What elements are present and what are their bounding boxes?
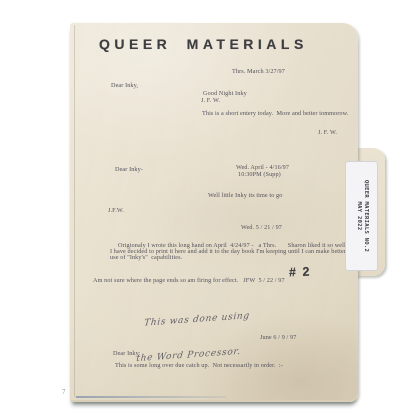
entry3-date: Wed. 5 / 21 / 97 (241, 225, 282, 232)
entry3-body-line3: use of "Inky's" capabilities. (110, 255, 182, 262)
handwritten-note-line1: This was done using (143, 311, 250, 330)
entry2-date-line2: 10:30PM (Supp) (238, 172, 281, 179)
entry4-salutation: Dear Inky: (113, 351, 141, 358)
entry4-date: June 6 / 9 / 97 (260, 335, 296, 342)
manila-folder: QUEER MATERIALS Thrs. March 3/27/97 Dear… (70, 23, 358, 402)
inner-paper-edge (76, 396, 226, 398)
entry3-note: Am not sure where the page ends so am fi… (93, 278, 285, 285)
entry2-body: Well little Inky its time to go (208, 193, 282, 200)
corner-pencil-mark: 7 (62, 388, 66, 396)
folder-spine-crease (74, 25, 75, 397)
tab-label-text: QUEER MATERIALS NO.2 MAY 2022 (355, 180, 369, 252)
tab-label-line1: QUEER MATERIALS NO.2 (362, 180, 369, 252)
page-number-stamp: # 2 (289, 265, 311, 280)
entry2-salutation: Dear Inky- (115, 167, 143, 174)
tab-label-line2: MAY 2022 (355, 180, 362, 252)
handwritten-note: This was done using the Word Processor. (137, 288, 253, 388)
entry1-body-line2: J. F. W. (201, 98, 220, 105)
photo-scene: QUEER MATERIALS Thrs. March 3/27/97 Dear… (0, 0, 416, 416)
tab-label-sticker: QUEER MATERIALS NO.2 MAY 2022 (345, 161, 378, 271)
stamp-title: QUEER MATERIALS (99, 36, 308, 52)
entry1-salutation: Dear Inky, (111, 83, 138, 90)
entry1-note: This is a short entery today. More and b… (202, 111, 348, 118)
entry2-signature: J.F.W. (108, 208, 124, 215)
entry4-body: This is some long over due catch up. Not… (115, 363, 283, 370)
entry1-date: Thrs. March 3/27/97 (232, 69, 285, 76)
entry1-signature: J. F. W. (318, 130, 337, 137)
